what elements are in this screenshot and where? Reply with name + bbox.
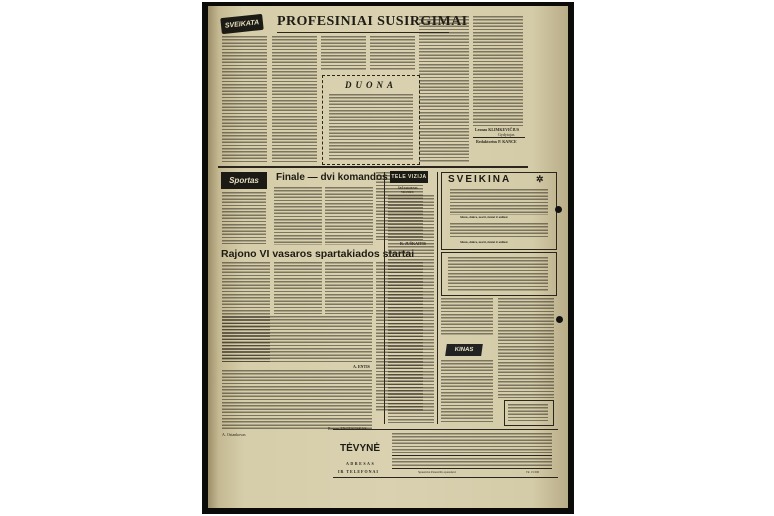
- sveikata-rubric-text: SVEIKATA: [225, 19, 260, 30]
- health-article-col6: [473, 16, 523, 126]
- footer-publisher: [392, 458, 552, 466]
- sport-headline-1: Finale — dvi komandos: [276, 172, 388, 183]
- congrats-title: SVEIKINA: [448, 174, 511, 185]
- sport2-col3: [325, 262, 373, 314]
- tv-left-rule: [384, 172, 385, 424]
- congrats-text-1: [450, 189, 548, 215]
- punch-hole-bottom: [556, 316, 563, 323]
- footer-low-rule: [392, 468, 552, 469]
- televizija-rubric-logo: TELE VIZIJA: [390, 171, 428, 183]
- footer-address: [392, 433, 552, 453]
- footer-sub-2: IR TELEFONAI: [338, 469, 379, 474]
- editor-label: Redaktorius P. KANCE: [476, 139, 517, 144]
- sport-wide-paragraph-2: [222, 370, 372, 430]
- health-article-col3: [321, 36, 366, 70]
- kinas-rubric-logo: KINAS: [445, 344, 483, 356]
- sport-wide-paragraph-1: [222, 316, 372, 362]
- tv-right-rule: [437, 172, 438, 424]
- health-article-col2: [272, 36, 317, 162]
- section-divider: [218, 166, 528, 168]
- health-article-col1: [222, 36, 267, 162]
- footer-mid-rule: [392, 455, 552, 456]
- health-article-col4: [370, 36, 415, 70]
- small-notice-text: [508, 404, 548, 421]
- sport-byline-2: A. ENTIS: [353, 364, 370, 369]
- congrats-closing-2: Sūnus, dukra, marti, žentai ir anūkai: [460, 240, 507, 244]
- footer-sub-1: ADRESAS: [346, 461, 375, 466]
- footer-order: Tir. 15 000: [526, 470, 539, 474]
- sportas-rubric-logo: Sportas: [221, 172, 267, 189]
- sport-article-col2: [274, 187, 322, 245]
- sportas-rubric-text: Sportas: [229, 176, 259, 185]
- newspaper-page: SVEIKATA PROFESINIAI SUSIRGIMAI Leonas K…: [208, 6, 568, 508]
- sport-article-col3: [325, 187, 373, 245]
- tv-sub-label: VILNIUS: [401, 190, 414, 194]
- bread-box-title: DUONA: [345, 80, 397, 90]
- tv-program-text: [388, 195, 434, 423]
- small-notice-box: [504, 400, 554, 426]
- congrats-closing-1: Sūnus, dukra, marti, žentai ir anūkai: [460, 215, 507, 219]
- cinema-listings: [441, 360, 493, 424]
- cinema-left-col: [441, 298, 493, 336]
- punch-hole-top: [555, 206, 562, 213]
- footer-top-rule: [333, 429, 558, 430]
- sport-byline-4: A. Ostankovas: [222, 432, 246, 437]
- bread-box: DUONA: [322, 75, 420, 165]
- sport-headline-2: Rajono VI vasaros spartakiados startai: [221, 248, 414, 260]
- circus-notice-text: [448, 257, 548, 291]
- sveikata-rubric-logo: SVEIKATA: [220, 14, 263, 34]
- circus-notice-box: [441, 252, 557, 296]
- footer-bottom-rule: [333, 477, 558, 478]
- congrats-box: SVEIKINA ✲ Sūnus, dukra, marti, žentai i…: [441, 172, 557, 250]
- cinema-right-col: [498, 298, 554, 398]
- health-article-col5: [419, 16, 469, 162]
- sport2-col2: [274, 262, 322, 314]
- footer-masthead: TĖVYNĖ: [340, 443, 380, 454]
- congrats-ornament-icon: ✲: [536, 174, 544, 185]
- editor-rule: [473, 137, 525, 138]
- footer-print-line: Spaustuvė Panevėžio spaustuvė: [418, 470, 456, 474]
- televizija-rubric-text: TELE VIZIJA: [391, 174, 426, 180]
- bread-box-text: [329, 94, 413, 160]
- kinas-rubric-text: KINAS: [454, 347, 474, 353]
- congrats-text-2: [450, 223, 548, 239]
- sport-intro-col: [222, 192, 266, 244]
